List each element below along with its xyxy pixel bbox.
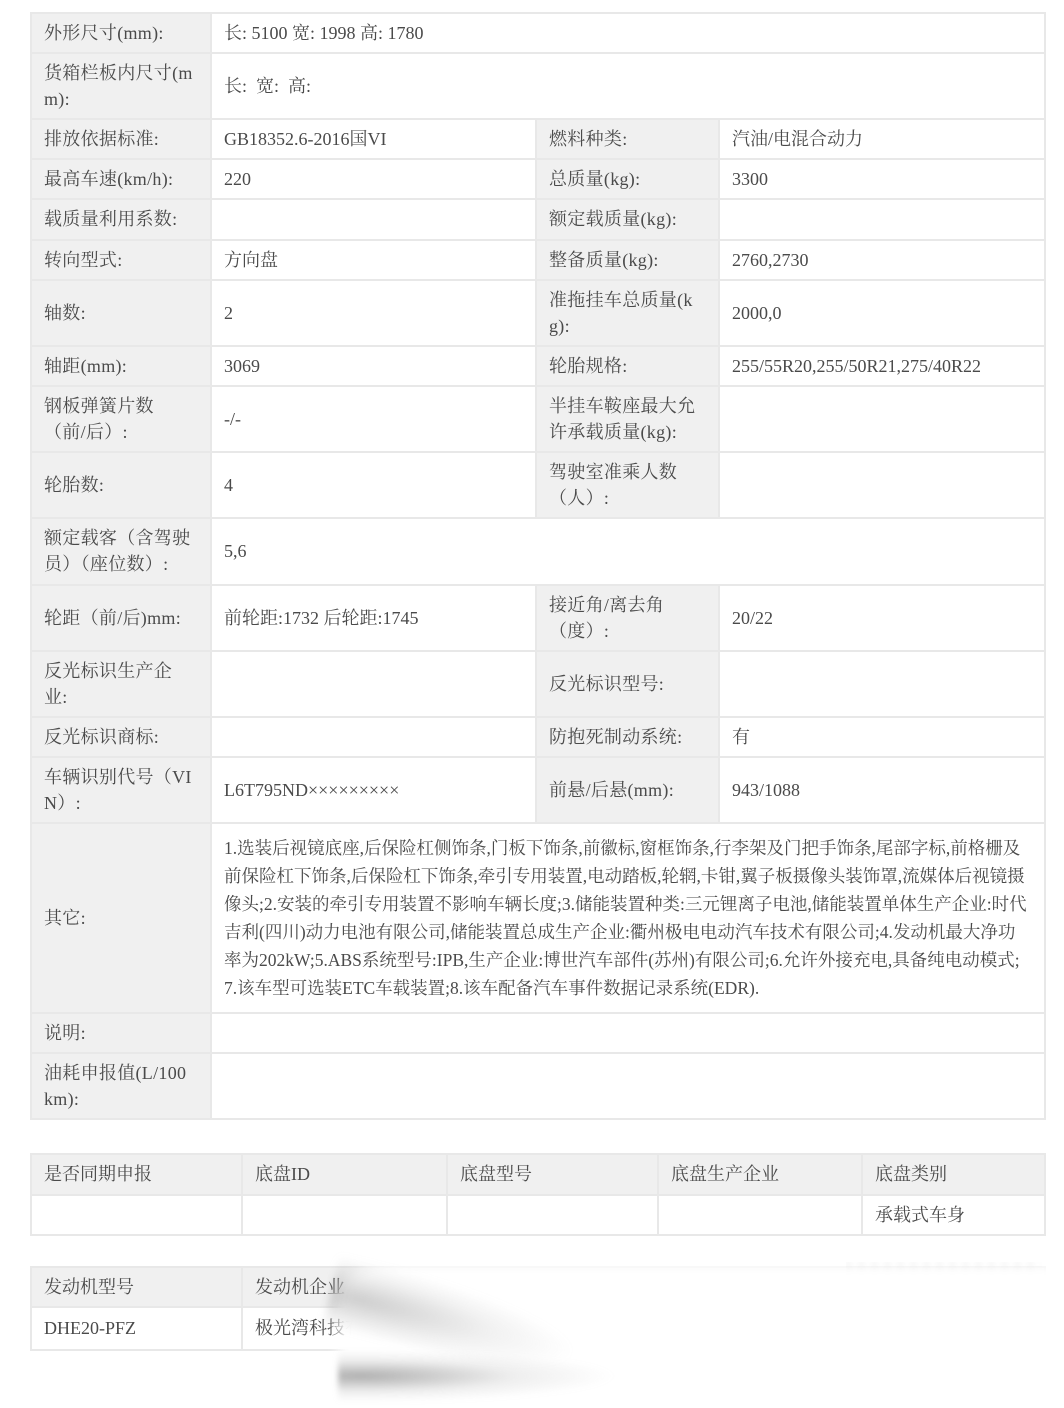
table-row: 货箱栏板内尺寸(mm): 长: 宽: 高:	[31, 53, 1045, 119]
spec-label: 轮胎规格:	[536, 346, 719, 386]
table-row: 轴距(mm): 3069 轮胎规格: 255/55R20,255/50R21,2…	[31, 346, 1045, 386]
spec-label: 油耗申报值(L/100km):	[31, 1053, 211, 1119]
spec-value	[719, 199, 1045, 239]
document-page: 外形尺寸(mm): 长: 5100 宽: 1998 高: 1780 货箱栏板内尺…	[0, 0, 1064, 1408]
spec-label: 轴数:	[31, 280, 211, 346]
spec-value: -/-	[211, 386, 536, 452]
chassis-header: 底盘类别	[862, 1154, 1045, 1194]
chassis-cell	[31, 1195, 242, 1235]
engine-table: 发动机型号 发动机企业 DHE20-PFZ 极光湾科技有	[30, 1266, 1046, 1351]
spec-value: 2000,0	[719, 280, 1045, 346]
table-row: 排放依据标准: GB18352.6-2016国VI 燃料种类: 汽油/电混合动力	[31, 119, 1045, 159]
spec-value: 2760,2730	[719, 240, 1045, 280]
engine-model-cell: DHE20-PFZ	[31, 1307, 242, 1350]
chassis-header-row: 是否同期申报 底盘ID 底盘型号 底盘生产企业 底盘类别	[31, 1154, 1045, 1194]
table-row: 反光标识生产企业: 反光标识型号:	[31, 651, 1045, 717]
engine-header-row: 发动机型号 发动机企业	[31, 1267, 1045, 1307]
spec-label: 整备质量(kg):	[536, 240, 719, 280]
vehicle-spec-table: 外形尺寸(mm): 长: 5100 宽: 1998 高: 1780 货箱栏板内尺…	[30, 12, 1046, 1120]
spec-label: 轮胎数:	[31, 452, 211, 518]
spec-value	[719, 452, 1045, 518]
spec-label: 半挂车鞍座最大允许承载质量(kg):	[536, 386, 719, 452]
spec-value: 汽油/电混合动力	[719, 119, 1045, 159]
chassis-header: 底盘型号	[447, 1154, 658, 1194]
spec-label: 驾驶室准乘人数（人）:	[536, 452, 719, 518]
spec-label: 接近角/离去角（度）:	[536, 585, 719, 651]
spec-value	[719, 651, 1045, 717]
spec-value: 长: 宽: 高:	[211, 53, 1045, 119]
engine-data-row: DHE20-PFZ 极光湾科技有	[31, 1307, 1045, 1350]
spec-label: 转向型式:	[31, 240, 211, 280]
spec-label: 准拖挂车总质量(kg):	[536, 280, 719, 346]
chassis-cell: 承载式车身	[862, 1195, 1045, 1235]
spec-value: GB18352.6-2016国VI	[211, 119, 536, 159]
spec-label: 载质量利用系数:	[31, 199, 211, 239]
spec-label: 最高车速(km/h):	[31, 159, 211, 199]
engine-header: 发动机型号	[31, 1267, 242, 1307]
table-row: 轮胎数: 4 驾驶室准乘人数（人）:	[31, 452, 1045, 518]
spec-label: 外形尺寸(mm):	[31, 13, 211, 53]
spec-label: 前悬/后悬(mm):	[536, 757, 719, 823]
vehicle-declaration-content: 外形尺寸(mm): 长: 5100 宽: 1998 高: 1780 货箱栏板内尺…	[30, 12, 1044, 1351]
spec-value: 3069	[211, 346, 536, 386]
spec-value: 2	[211, 280, 536, 346]
spec-label: 钢板弹簧片数（前/后）:	[31, 386, 211, 452]
engine-company-cell: 极光湾科技有	[242, 1307, 1045, 1350]
spec-label: 轮距（前/后)mm:	[31, 585, 211, 651]
smudge-shadow-artifact	[338, 1350, 618, 1402]
table-row: 反光标识商标: 防抱死制动系统: 有	[31, 717, 1045, 757]
table-row: 油耗申报值(L/100km):	[31, 1053, 1045, 1119]
other-notes-value: 1.选装后视镜底座,后保险杠侧饰条,门板下饰条,前徽标,窗框饰条,行李架及门把手…	[211, 823, 1045, 1013]
spec-value	[211, 1013, 1045, 1053]
spec-value: 方向盘	[211, 240, 536, 280]
spec-value: 943/1088	[719, 757, 1045, 823]
chassis-data-row: 承载式车身	[31, 1195, 1045, 1235]
spec-value	[211, 651, 536, 717]
table-row: 载质量利用系数: 额定载质量(kg):	[31, 199, 1045, 239]
spec-value	[211, 1053, 1045, 1119]
chassis-header: 底盘ID	[242, 1154, 447, 1194]
spec-label: 总质量(kg):	[536, 159, 719, 199]
table-row: 额定载客（含驾驶员）（座位数）: 5,6	[31, 518, 1045, 584]
spec-value	[211, 199, 536, 239]
spec-label: 货箱栏板内尺寸(mm):	[31, 53, 211, 119]
spec-label: 车辆识别代号（VIN）:	[31, 757, 211, 823]
table-row: 钢板弹簧片数（前/后）: -/- 半挂车鞍座最大允许承载质量(kg):	[31, 386, 1045, 452]
spec-label: 轴距(mm):	[31, 346, 211, 386]
chassis-header: 底盘生产企业	[658, 1154, 862, 1194]
spec-value: 220	[211, 159, 536, 199]
spec-label: 防抱死制动系统:	[536, 717, 719, 757]
spec-value: 有	[719, 717, 1045, 757]
table-row: 最高车速(km/h): 220 总质量(kg): 3300	[31, 159, 1045, 199]
table-row: 轴数: 2 准拖挂车总质量(kg): 2000,0	[31, 280, 1045, 346]
spec-label: 额定载客（含驾驶员）（座位数）:	[31, 518, 211, 584]
spec-label: 说明:	[31, 1013, 211, 1053]
table-row: 转向型式: 方向盘 整备质量(kg): 2760,2730	[31, 240, 1045, 280]
spec-value	[719, 386, 1045, 452]
table-row: 外形尺寸(mm): 长: 5100 宽: 1998 高: 1780	[31, 13, 1045, 53]
spec-value: 5,6	[211, 518, 1045, 584]
spec-value: 255/55R20,255/50R21,275/40R22	[719, 346, 1045, 386]
table-row: 车辆识别代号（VIN）: L6T795ND××××××××× 前悬/后悬(mm)…	[31, 757, 1045, 823]
spec-value: 前轮距:1732 后轮距:1745	[211, 585, 536, 651]
spec-value: 20/22	[719, 585, 1045, 651]
spec-label: 燃料种类:	[536, 119, 719, 159]
spec-value: 4	[211, 452, 536, 518]
chassis-header: 是否同期申报	[31, 1154, 242, 1194]
table-row: 轮距（前/后)mm: 前轮距:1732 后轮距:1745 接近角/离去角（度）:…	[31, 585, 1045, 651]
spec-label: 反光标识生产企业:	[31, 651, 211, 717]
chassis-cell	[658, 1195, 862, 1235]
chassis-cell	[242, 1195, 447, 1235]
spec-label: 反光标识型号:	[536, 651, 719, 717]
spec-value: 长: 5100 宽: 1998 高: 1780	[211, 13, 1045, 53]
spec-label: 其它:	[31, 823, 211, 1013]
table-row: 其它: 1.选装后视镜底座,后保险杠侧饰条,门板下饰条,前徽标,窗框饰条,行李架…	[31, 823, 1045, 1013]
spec-label: 排放依据标准:	[31, 119, 211, 159]
table-row: 说明:	[31, 1013, 1045, 1053]
chassis-cell	[447, 1195, 658, 1235]
spec-value	[211, 717, 536, 757]
spec-label: 额定载质量(kg):	[536, 199, 719, 239]
chassis-table: 是否同期申报 底盘ID 底盘型号 底盘生产企业 底盘类别 承载式车身	[30, 1153, 1046, 1235]
engine-header: 发动机企业	[242, 1267, 1045, 1307]
vin-value: L6T795ND×××××××××	[211, 757, 536, 823]
spec-value: 3300	[719, 159, 1045, 199]
spec-label: 反光标识商标:	[31, 717, 211, 757]
